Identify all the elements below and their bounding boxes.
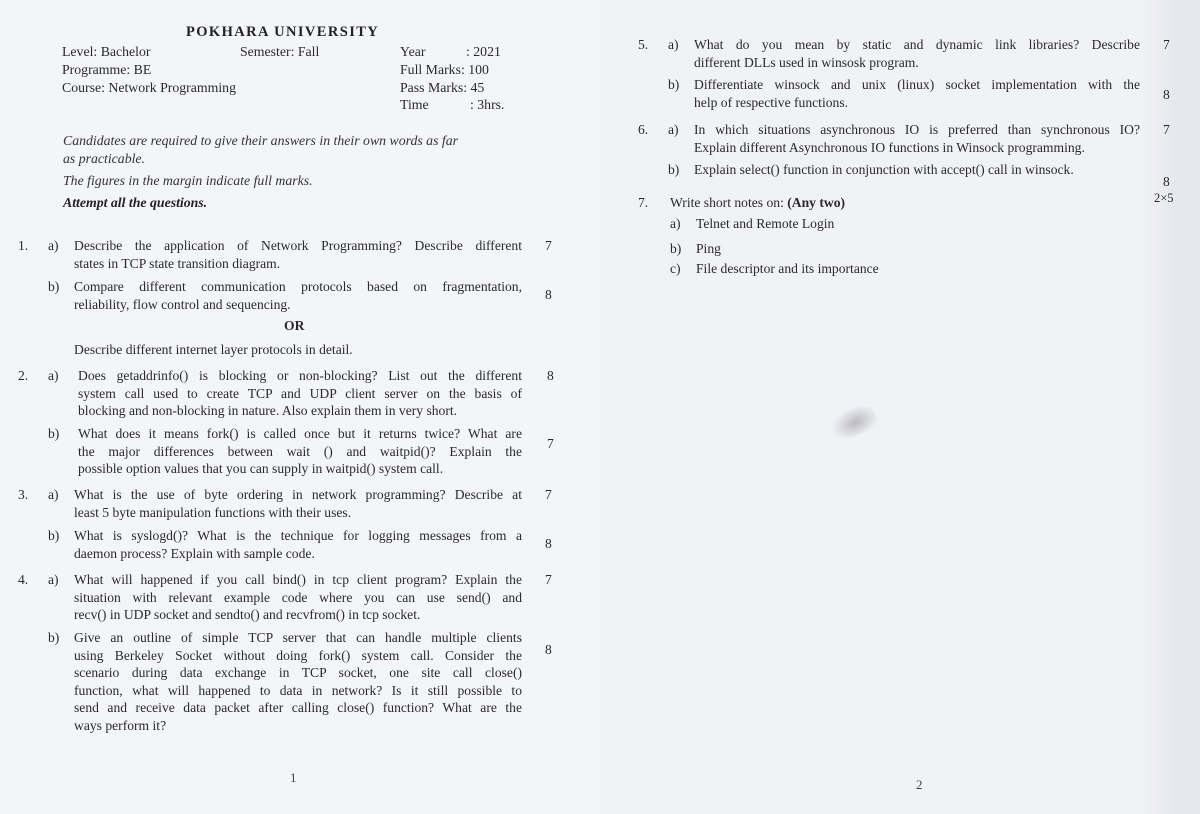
- university-title: POKHARA UNIVERSITY: [186, 24, 379, 41]
- question-number: 2.: [18, 368, 28, 384]
- marks-value: 8: [547, 368, 554, 384]
- time-value: : 3hrs.: [470, 96, 505, 114]
- sub-question-text-line: send and receive data packet after calli…: [74, 700, 522, 716]
- time-label: Time: [400, 96, 429, 114]
- sub-question-text-line: system call used to create TCP and UDP c…: [78, 386, 522, 402]
- sub-question-label: c): [670, 261, 681, 277]
- marks-value: 8: [545, 642, 552, 658]
- course-text: Course: Network Programming: [62, 79, 236, 97]
- sub-question-text-line: situation with relevant example code whe…: [74, 590, 522, 606]
- sub-question-text-line: different DLLs used in winsosk program.: [694, 55, 919, 71]
- marks-value: 7: [1163, 37, 1170, 53]
- sub-question-text-line: possible option values that you can supp…: [78, 461, 443, 477]
- question-marks: 2×5: [1154, 191, 1174, 206]
- instruction-line-4: Attempt all the questions.: [63, 195, 207, 211]
- sub-question-text-line: Describe the application of Network Prog…: [74, 238, 522, 254]
- year-value: : 2021: [466, 43, 501, 61]
- sub-question-text-line: Ping: [696, 241, 721, 257]
- programme-text: Programme: BE: [62, 61, 151, 79]
- sub-question-text-line: Does getaddrinfo() is blocking or non-bl…: [78, 368, 522, 384]
- or-alternative-question: Describe different internet layer protoc…: [74, 342, 353, 358]
- level-text: Level: Bachelor: [62, 43, 151, 61]
- sub-question-text-line: reliability, flow control and sequencing…: [74, 297, 291, 313]
- sub-question-text-line: What will happened if you call bind() in…: [74, 572, 522, 588]
- sub-question-label: b): [48, 630, 59, 646]
- sub-question-label: a): [670, 216, 681, 232]
- sub-question-text-line: What do you mean by static and dynamic l…: [694, 37, 1140, 53]
- marks-value: 8: [545, 287, 552, 303]
- sub-question-label: a): [48, 572, 59, 588]
- question-number: 3.: [18, 487, 28, 503]
- sub-question-label: b): [48, 279, 59, 295]
- sub-question-text-line: ways perform it?: [74, 718, 166, 734]
- question-number: 1.: [18, 238, 28, 254]
- sub-question-text-line: least 5 byte manipulation functions with…: [74, 505, 351, 521]
- sub-question-text-line: Give an outline of simple TCP server tha…: [74, 630, 522, 646]
- question-intro: Write short notes on: (Any two): [670, 195, 845, 211]
- sub-question-text-line: function, what will happened to data in …: [74, 683, 522, 699]
- marks-value: 8: [1163, 87, 1170, 103]
- sub-question-text-line: help of respective functions.: [694, 95, 848, 111]
- sub-question-text-line: File descriptor and its importance: [696, 261, 879, 277]
- pass-marks: Pass Marks: 45: [400, 79, 484, 97]
- sub-question-text-line: What is the use of byte ordering in netw…: [74, 487, 522, 503]
- marks-value: 7: [545, 487, 552, 503]
- sub-question-label: b): [670, 241, 681, 257]
- sub-question-text-line: Explain different Asynchronous IO functi…: [694, 140, 1085, 156]
- sub-question-text-line: Differentiate winsock and unix (linux) s…: [694, 77, 1140, 93]
- marks-value: 7: [545, 572, 552, 588]
- sub-question-text-line: blocking and non-blocking in nature. Als…: [78, 403, 457, 419]
- sub-question-label: b): [668, 162, 679, 178]
- marks-value: 7: [545, 238, 552, 254]
- sub-question-text-line: recv() in UDP socket and sendto() and re…: [74, 607, 420, 623]
- full-marks: Full Marks: 100: [400, 61, 489, 79]
- year-label: Year: [400, 43, 425, 61]
- sub-question-label: b): [48, 426, 59, 442]
- sub-question-text-line: Compare different communication protocol…: [74, 279, 522, 295]
- sub-question-text-line: using Berkeley Socket without doing fork…: [74, 648, 522, 664]
- or-separator: OR: [284, 318, 304, 334]
- sub-question-label: b): [48, 528, 59, 544]
- marks-value: 8: [1163, 174, 1170, 190]
- sub-question-text-line: In which situations asynchronous IO is p…: [694, 122, 1140, 138]
- sub-question-text-line: What is syslogd()? What is the technique…: [74, 528, 522, 544]
- page-number-1: 1: [290, 770, 297, 786]
- marks-value: 8: [545, 536, 552, 552]
- sub-question-text-line: Telnet and Remote Login: [696, 216, 834, 232]
- paper-edge-shadow: [1140, 0, 1200, 814]
- sub-question-label: a): [668, 122, 679, 138]
- page-number-2: 2: [916, 777, 923, 793]
- sub-question-text-line: daemon process? Explain with sample code…: [74, 546, 315, 562]
- intro-text: Write short notes on:: [670, 195, 787, 210]
- sub-question-text-line: the major differences between wait () an…: [78, 444, 522, 460]
- instruction-line-3: The figures in the margin indicate full …: [63, 173, 313, 189]
- sub-question-label: a): [48, 238, 59, 254]
- marks-value: 7: [547, 436, 554, 452]
- semester-text: Semester: Fall: [240, 43, 319, 61]
- sub-question-text-line: states in TCP state transition diagram.: [74, 256, 280, 272]
- sub-question-label: a): [48, 487, 59, 503]
- question-number: 4.: [18, 572, 28, 588]
- sub-question-label: b): [668, 77, 679, 93]
- intro-bold: (Any two): [787, 195, 845, 210]
- question-number: 6.: [638, 122, 648, 138]
- sub-question-text-line: Explain select() function in conjunction…: [694, 162, 1074, 178]
- instruction-line-1: Candidates are required to give their an…: [63, 133, 458, 149]
- marks-value: 7: [1163, 122, 1170, 138]
- instruction-line-2: as practicable.: [63, 151, 145, 167]
- sub-question-label: a): [668, 37, 679, 53]
- question-number: 5.: [638, 37, 648, 53]
- question-number: 7.: [638, 195, 648, 211]
- sub-question-label: a): [48, 368, 59, 384]
- sub-question-text-line: scenario during data exchange in TCP soc…: [74, 665, 522, 681]
- sub-question-text-line: What does it means fork() is called once…: [78, 426, 522, 442]
